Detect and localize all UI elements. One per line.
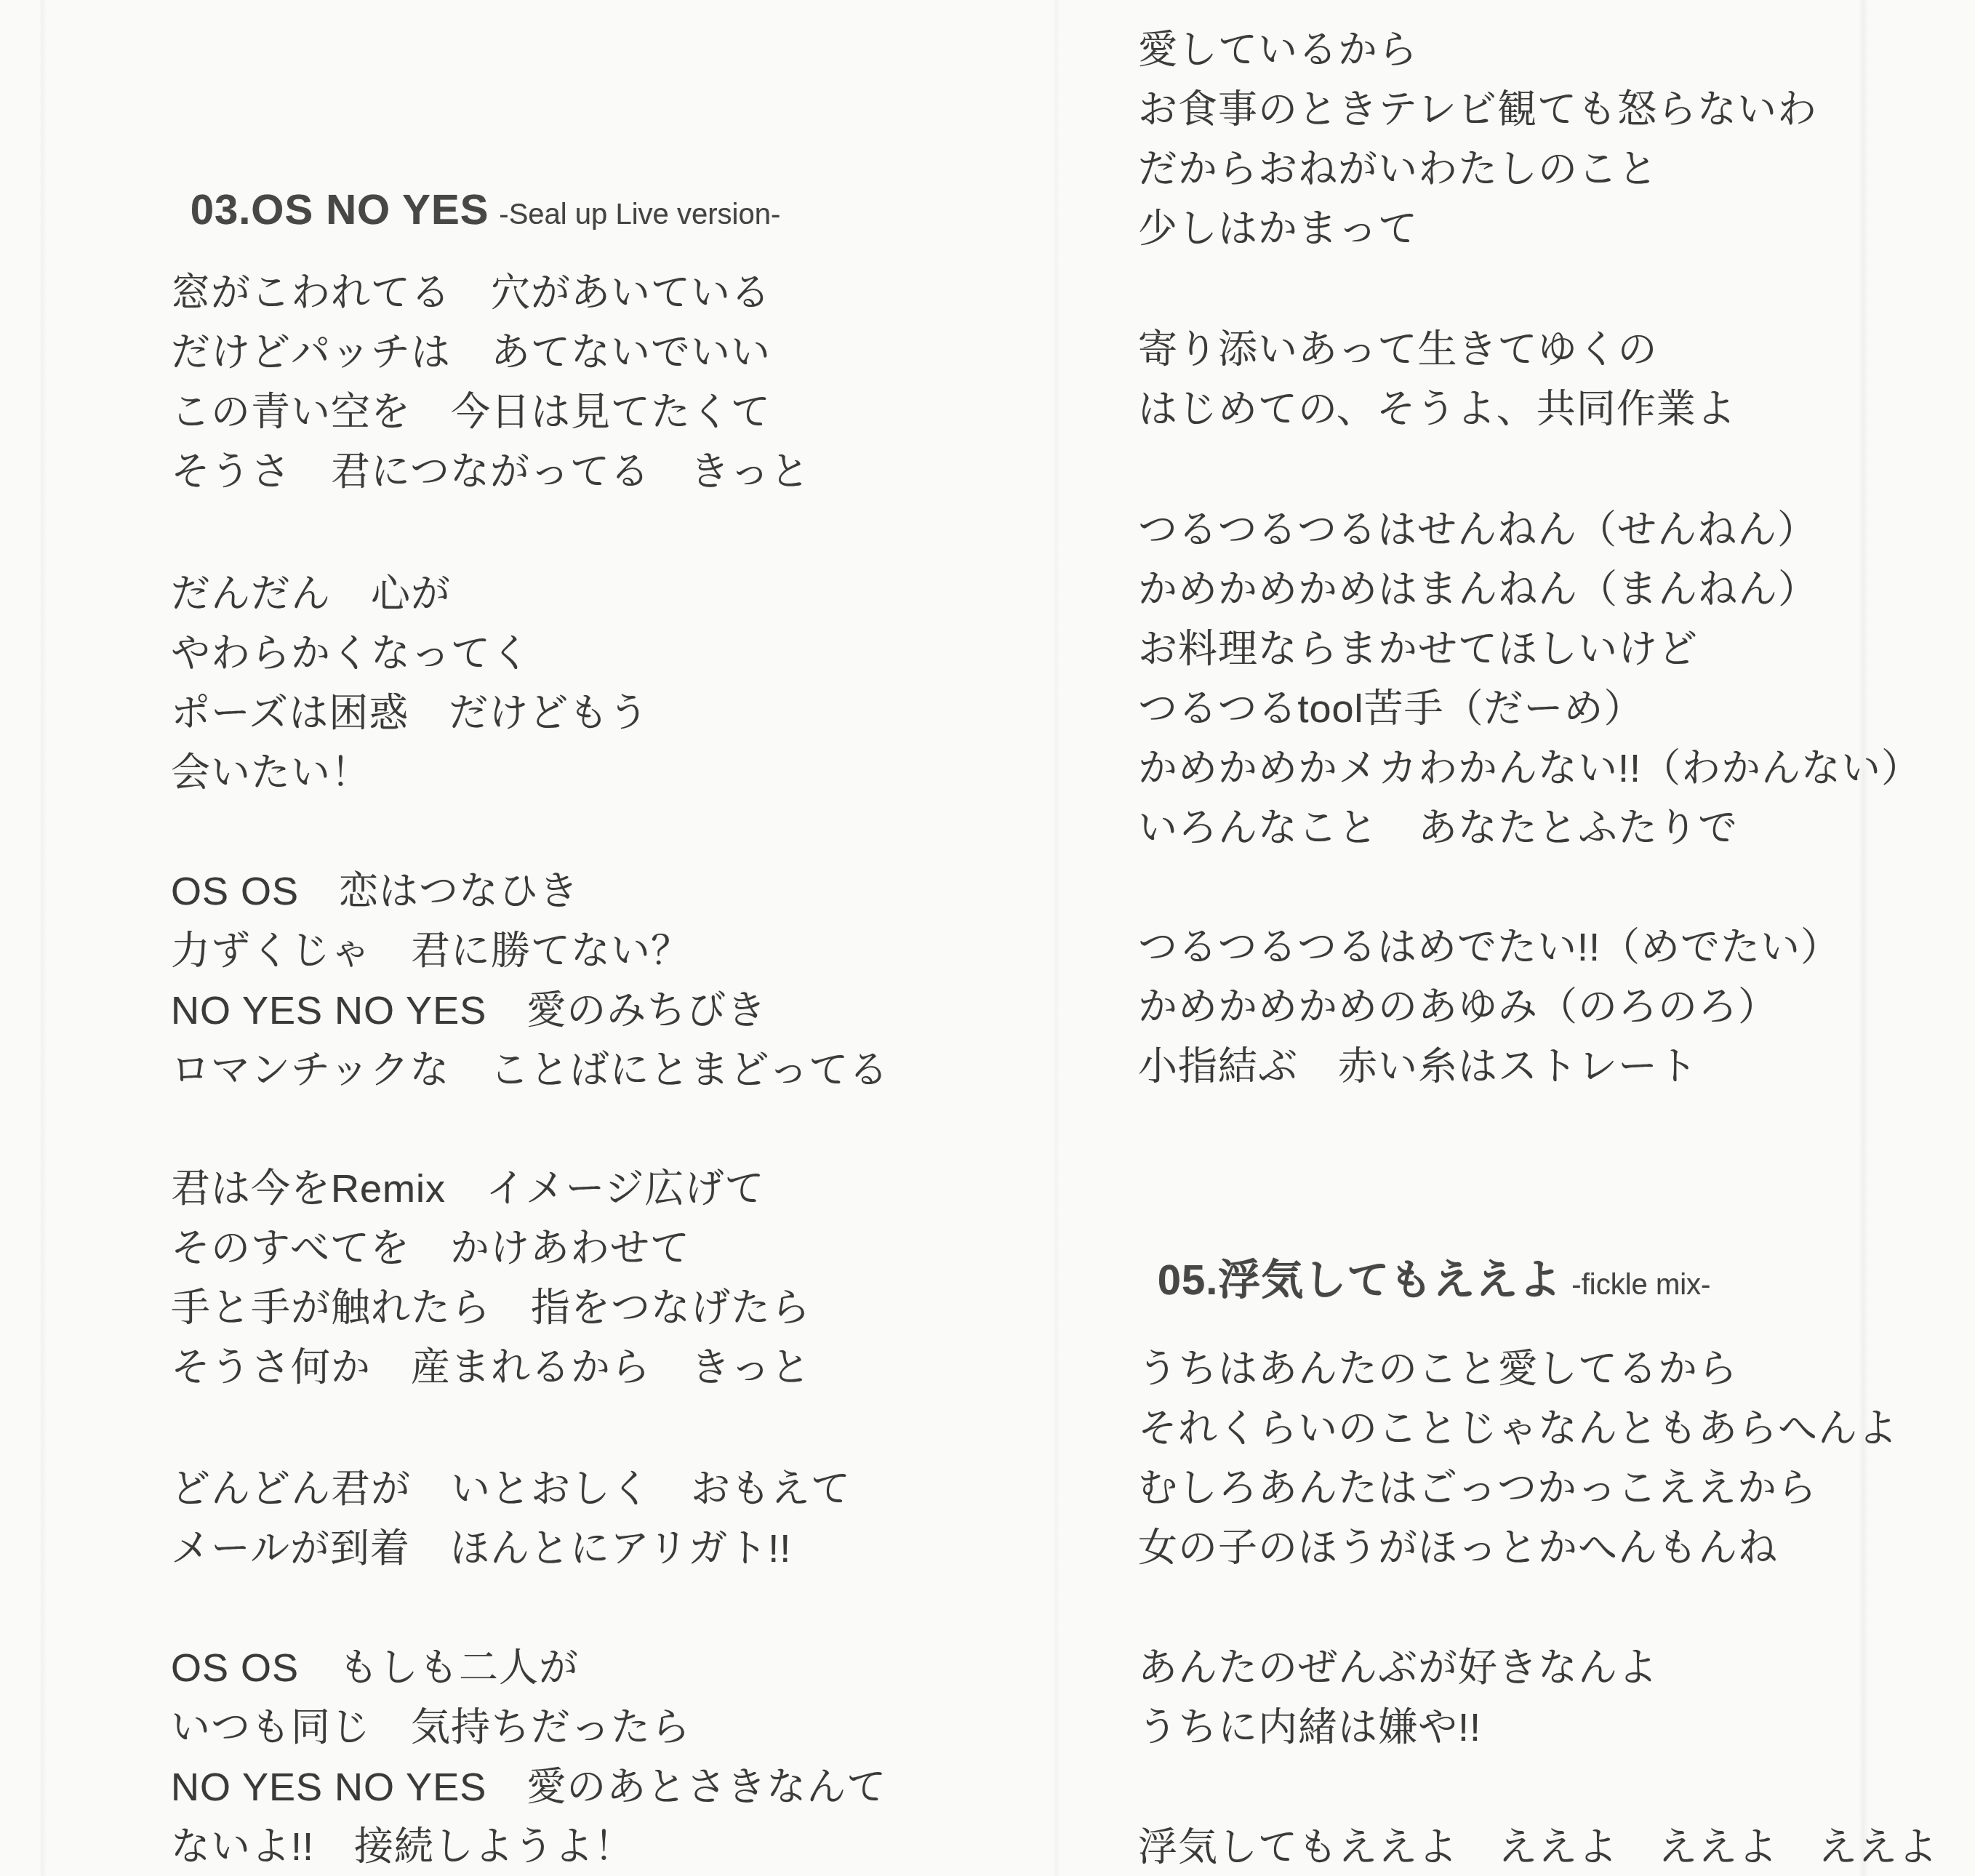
lyric-line: ロマンチックな ことばにとまどってる <box>171 1041 889 1100</box>
stanza-verse-2: だんだん 心がやわらかくなってくポーズは困惑 だけどもう会いたい！ <box>171 564 649 803</box>
lyric-line: だけどパッチは あてないでいい <box>171 323 810 382</box>
lyric-line: かめかめかめはまんねん（まんねん） <box>1138 560 1921 620</box>
stanza-right-7: 浮気してもええよ ええよ ええよ ええよ <box>1138 1818 1938 1876</box>
left-column: 03.OS NO YES-Seal up Live version- 窓がこわれ… <box>171 0 1043 1876</box>
lyric-line: 浮気してもええよ ええよ ええよ ええよ <box>1138 1818 1938 1876</box>
lyric-line: だからおねがいわたしのこと <box>1138 140 1817 199</box>
song-03-number-title: 03.OS NO YES <box>191 186 489 233</box>
lyric-line: 小指結ぶ 赤い糸はストレート <box>1138 1037 1840 1097</box>
lyric-line: うちに内緒は嫌や!! <box>1138 1698 1658 1757</box>
stanza-right-6: あんたのぜんぶが好きなんようちに内緒は嫌や!! <box>1138 1638 1658 1757</box>
lyric-line: お食事のときテレビ観ても怒らないわ <box>1138 80 1817 140</box>
lyric-line: 窓がこわれてる 穴があいている <box>171 263 810 323</box>
lyric-line: やわらかくなってく <box>171 624 649 684</box>
lyric-line: 力ずくじゃ 君に勝てない？ <box>171 921 889 981</box>
lyric-line: NO YES NO YES 愛のあとさきなんて <box>171 1757 886 1817</box>
lyric-line: この青い空を 今日は見てたくて <box>171 382 810 442</box>
stanza-chorus-2: OS OS もしも二人がいつも同じ 気持ちだったらNO YES NO YES 愛… <box>171 1638 886 1876</box>
lyric-line: むしろあんたはごっつかっこええから <box>1138 1459 1898 1518</box>
stanza-verse-3: 君は今をRemix イメージ広げてそのすべてを かけあわせて手と手が触れたら 指… <box>171 1159 811 1398</box>
lyric-line: つるつるつるはめでたい!!（めでたい） <box>1138 918 1840 977</box>
stanza-verse-1: 窓がこわれてる 穴があいているだけどパッチは あてないでいいこの青い空を 今日は… <box>171 263 810 502</box>
lyric-line: はじめての、そうよ、共同作業よ <box>1138 380 1736 439</box>
song-title-05: 05.浮気してもええよ-fickle mix- <box>1138 1213 1710 1359</box>
lyric-line: ないよ!! 接続しようよ！ <box>171 1817 886 1876</box>
lyric-line: いろんなこと あなたとふたりで <box>1138 798 1921 858</box>
lyric-line: OS OS もしも二人が <box>171 1638 886 1698</box>
lyric-line: うちはあんたのこと愛してるから <box>1138 1339 1898 1399</box>
stanza-right-3: つるつるつるはせんねん（せんねん）かめかめかめはまんねん（まんねん）お料理ならま… <box>1138 500 1921 858</box>
lyric-line: 愛しているから <box>1138 20 1817 80</box>
lyric-line: そうさ何か 産まれるから きっと <box>171 1338 811 1398</box>
stanza-right-4: つるつるつるはめでたい!!（めでたい）かめかめかめのあゆみ（のろのろ）小指結ぶ … <box>1138 918 1840 1097</box>
lyric-line: いつも同じ 気持ちだったら <box>171 1698 886 1757</box>
lyrics-page: 03.OS NO YES-Seal up Live version- 窓がこわれ… <box>0 0 1975 1876</box>
stanza-right-5: うちはあんたのこと愛してるからそれくらいのことじゃなんともあらへんよむしろあんた… <box>1138 1339 1898 1578</box>
lyric-line: 少しはかまって <box>1138 199 1817 259</box>
lyric-line: つるつるつるはせんねん（せんねん） <box>1138 500 1921 560</box>
lyric-line: だんだん 心が <box>171 564 649 624</box>
lyric-line: つるつるtool苦手（だーめ） <box>1138 679 1921 739</box>
lyric-line: 君は今をRemix イメージ広げて <box>171 1159 811 1219</box>
lyric-line: あんたのぜんぶが好きなんよ <box>1138 1638 1658 1698</box>
stanza-right-1: 愛しているからお食事のときテレビ観ても怒らないわだからおねがいわたしのこと少しは… <box>1138 20 1817 259</box>
lyric-line: そのすべてを かけあわせて <box>171 1219 811 1278</box>
song-03-subtitle: -Seal up Live version- <box>499 199 780 231</box>
lyric-line: お料理ならまかせてほしいけど <box>1138 620 1921 679</box>
song-05-subtitle: -fickle mix- <box>1571 1269 1710 1301</box>
stanza-verse-4: どんどん君が いとおしく おもえてメールが到着 ほんとにアリガト!! <box>171 1459 851 1579</box>
lyric-line: それくらいのことじゃなんともあらへんよ <box>1138 1399 1898 1459</box>
lyric-line: かめかめかメカわかんない!!（わかんない） <box>1138 739 1921 798</box>
lyric-line: 寄り添いあって生きてゆくの <box>1138 320 1736 380</box>
lyric-line: そうさ 君につながってる きっと <box>171 442 810 502</box>
lyric-line: かめかめかめのあゆみ（のろのろ） <box>1138 977 1840 1037</box>
stanza-chorus-1: OS OS 恋はつなひき力ずくじゃ 君に勝てない？NO YES NO YES 愛… <box>171 862 889 1100</box>
lyric-line: どんどん君が いとおしく おもえて <box>171 1459 851 1519</box>
lyric-line: OS OS 恋はつなひき <box>171 862 889 921</box>
song-05-number-title: 05.浮気してもええよ <box>1158 1256 1562 1304</box>
stanza-right-2: 寄り添いあって生きてゆくのはじめての、そうよ、共同作業よ <box>1138 320 1736 439</box>
right-column: 愛しているからお食事のときテレビ観ても怒らないわだからおねがいわたしのこと少しは… <box>1138 0 1974 1876</box>
lyric-line: NO YES NO YES 愛のみちびき <box>171 981 889 1041</box>
lyric-line: 女の子のほうがほっとかへんもんね <box>1138 1518 1898 1578</box>
lyric-line: 手と手が触れたら 指をつなげたら <box>171 1278 811 1338</box>
lyric-line: メールが到着 ほんとにアリガト!! <box>171 1519 851 1579</box>
lyric-line: 会いたい！ <box>171 743 649 803</box>
lyric-line: ポーズは困惑 だけどもう <box>171 684 649 743</box>
